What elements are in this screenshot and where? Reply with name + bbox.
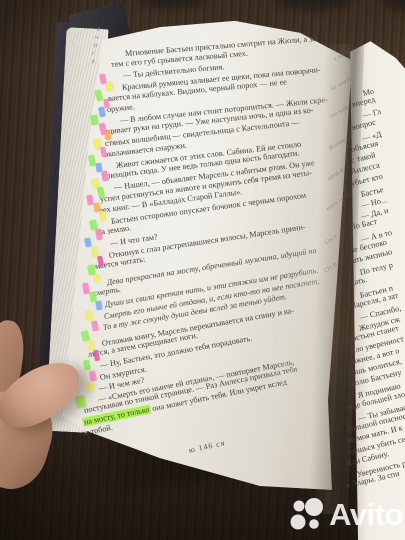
sticky-tab xyxy=(90,115,98,126)
left-page-text: Мгновение Бастьен пристально смотрит на … xyxy=(112,48,372,439)
sticky-tab xyxy=(99,211,106,222)
sticky-tab xyxy=(95,301,102,311)
sticky-tab xyxy=(105,82,113,92)
handwriting-mark: ч xyxy=(94,34,99,42)
avito-dots-icon xyxy=(288,496,324,534)
sticky-tab xyxy=(86,383,94,393)
sticky-tab xyxy=(87,341,94,351)
avito-watermark: Avito xyxy=(288,496,403,534)
avito-logo-text: Avito xyxy=(329,497,403,533)
book-photo-scene: Мгновение Бастьен пристально смотрит на … xyxy=(0,0,405,540)
sticky-tab xyxy=(104,131,111,141)
right-page-text: Мовперед— Глвопрос— «Добъясняс такойАиле… xyxy=(352,88,405,491)
